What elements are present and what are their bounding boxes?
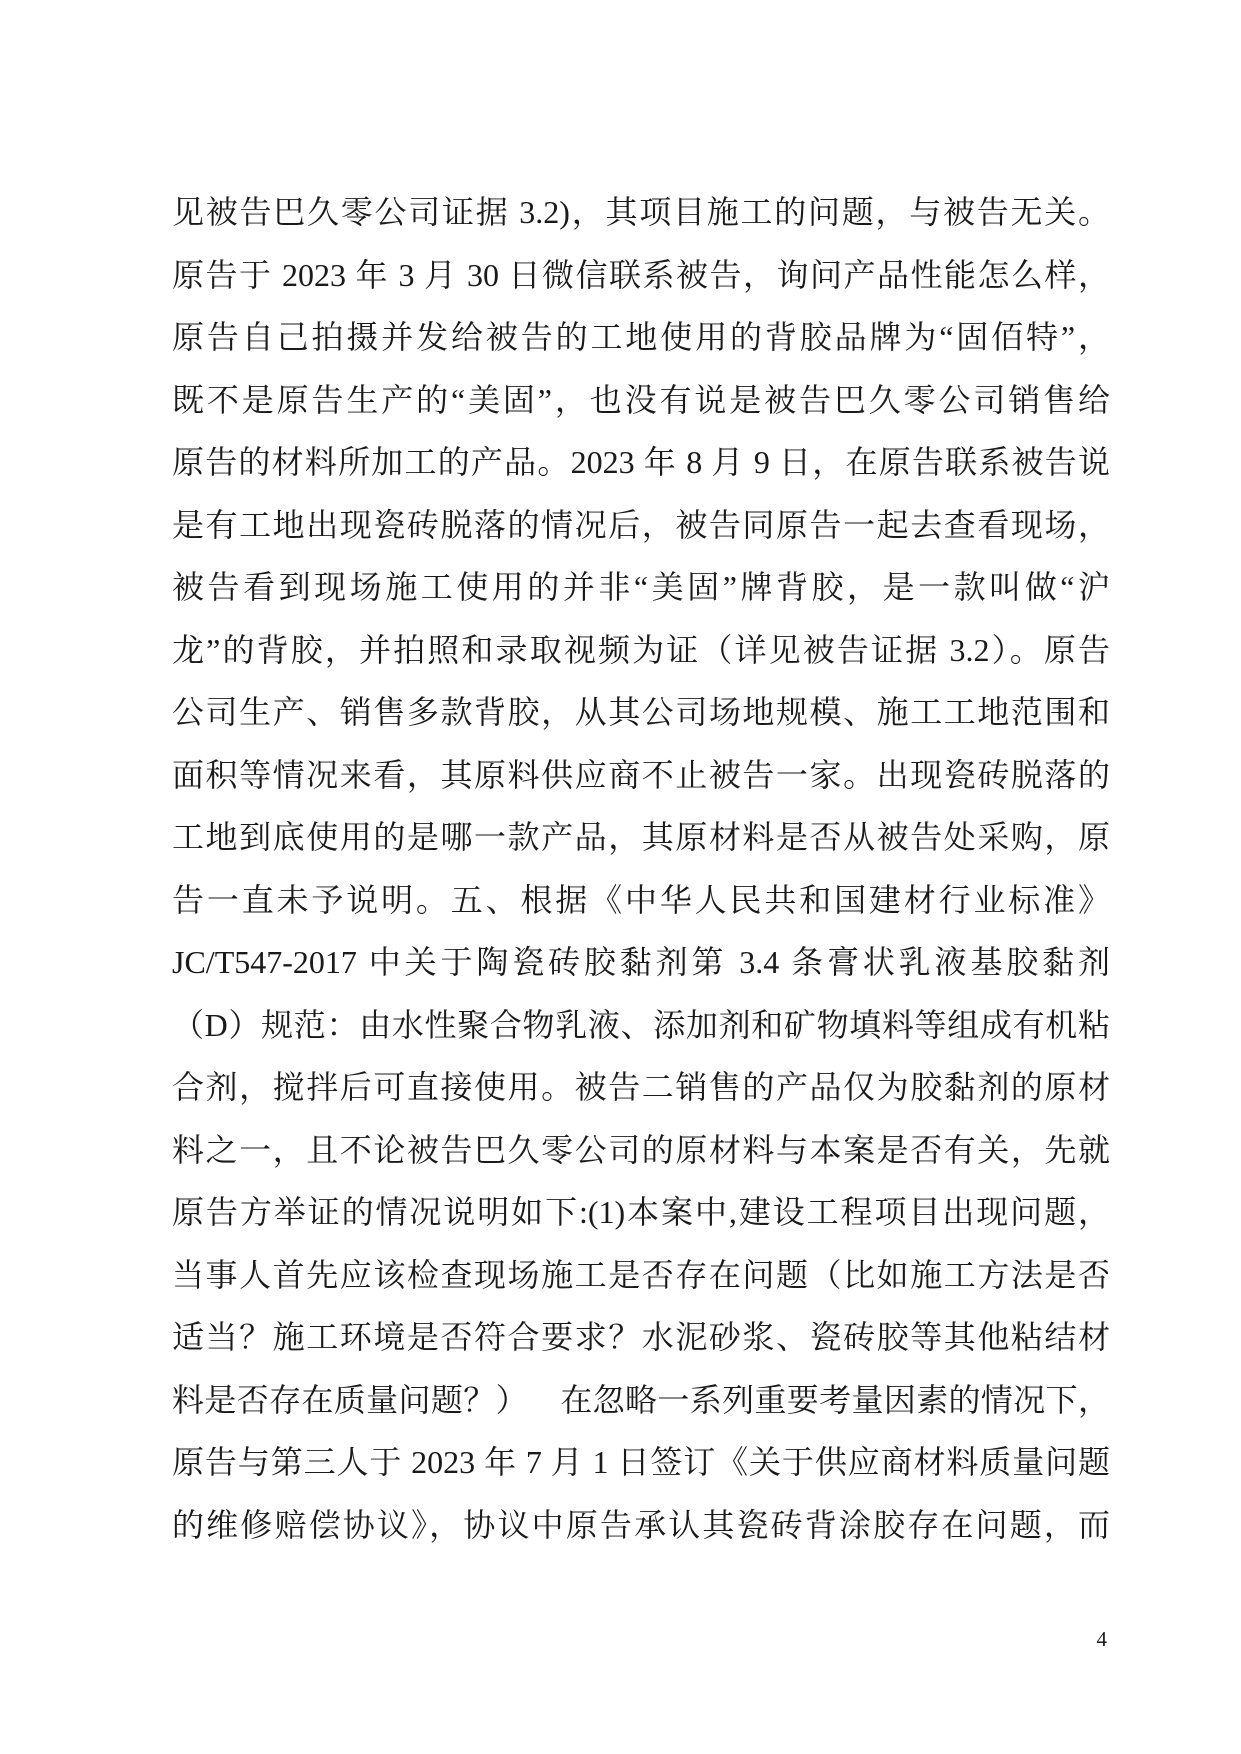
text-block: 见被告巴久零公司证据 3.2)，其项目施工的问题，与被告无关。 原告于 2023… <box>172 181 1110 1556</box>
page-number: 4 <box>1097 1626 1108 1652</box>
text-line: 的维修赔偿协议》，协议中原告承认其瓷砖背涂胶存在问题，而 <box>172 1494 1110 1557</box>
text-line: 合剂，搅拌后可直接使用。被告二销售的产品仅为胶黏剂的原材 <box>172 1056 1110 1119</box>
text-line: 被告看到现场施工使用的并非“美固”牌背胶，是一款叫做“沪 <box>172 556 1110 619</box>
text-line: JC/T547-2017 中关于陶瓷砖胶黏剂第 3.4 条膏状乳液基胶黏剂 <box>172 931 1110 994</box>
text-line: （D）规范：由水性聚合物乳液、添加剂和矿物填料等组成有机粘 <box>172 994 1110 1057</box>
text-line: 是有工地出现瓷砖脱落的情况后，被告同原告一起去查看现场， <box>172 494 1110 557</box>
text-line: 料是否存在质量问题？） 在忽略一系列重要考量因素的情况下， <box>172 1369 1110 1432</box>
text-line: 原告与第三人于 2023 年 7 月 1 日签订《关于供应商材料质量问题 <box>172 1431 1110 1494</box>
text-line: 原告的材料所加工的产品。2023 年 8 月 9 日，在原告联系被告说 <box>172 431 1110 494</box>
text-line: 工地到底使用的是哪一款产品，其原材料是否从被告处采购，原 <box>172 806 1110 869</box>
document-page: 见被告巴久零公司证据 3.2)，其项目施工的问题，与被告无关。 原告于 2023… <box>0 0 1241 1754</box>
text-line: 告一直未予说明。五、根据《中华人民共和国建材行业标准》 <box>172 869 1110 932</box>
text-line: 公司生产、销售多款背胶，从其公司场地规模、施工工地范围和 <box>172 681 1110 744</box>
text-line: 龙”的背胶，并拍照和录取视频为证（详见被告证据 3.2）。原告 <box>172 619 1110 682</box>
text-line: 原告于 2023 年 3 月 30 日微信联系被告，询问产品性能怎么样， <box>172 244 1110 307</box>
text-line: 见被告巴久零公司证据 3.2)，其项目施工的问题，与被告无关。 <box>172 181 1110 244</box>
text-line: 原告自己拍摄并发给被告的工地使用的背胶品牌为“固佰特”， <box>172 306 1110 369</box>
text-line: 当事人首先应该检查现场施工是否存在问题（比如施工方法是否 <box>172 1244 1110 1307</box>
text-line: 面积等情况来看，其原料供应商不止被告一家。出现瓷砖脱落的 <box>172 744 1110 807</box>
text-line: 适当？施工环境是否符合要求？水泥砂浆、瓷砖胶等其他粘结材 <box>172 1306 1110 1369</box>
text-line: 既不是原告生产的“美固”，也没有说是被告巴久零公司销售给 <box>172 369 1110 432</box>
text-line: 原告方举证的情况说明如下:(1)本案中,建设工程项目出现问题， <box>172 1181 1110 1244</box>
text-line: 料之一，且不论被告巴久零公司的原材料与本案是否有关，先就 <box>172 1119 1110 1182</box>
